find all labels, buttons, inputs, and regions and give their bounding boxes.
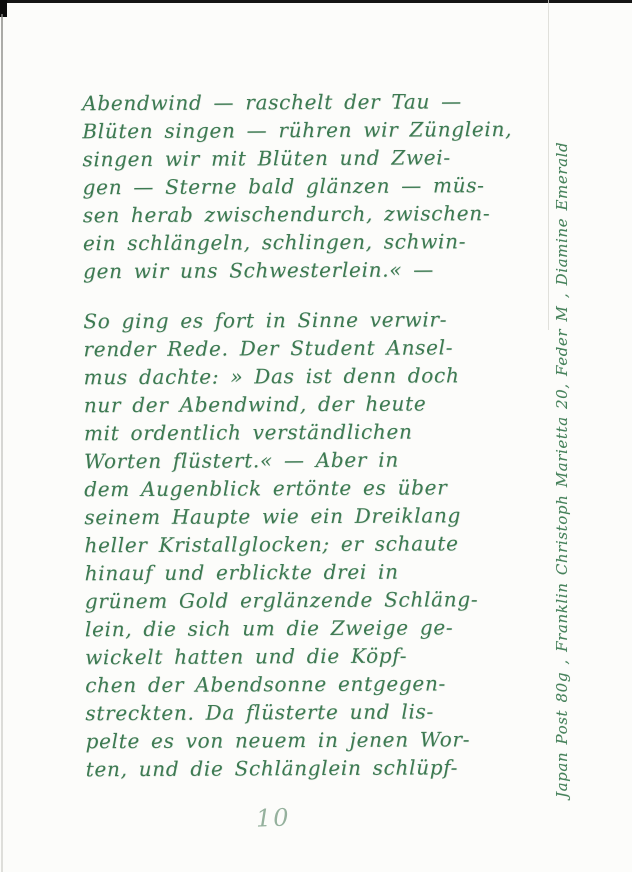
handwritten-line: render Rede. Der Student Ansel- xyxy=(83,333,558,363)
handwritten-line: nur der Abendwind, der heute xyxy=(84,389,559,419)
handwritten-line: pelte es von neuem in jenen Wor- xyxy=(85,725,560,755)
handwritten-line: Abendwind — raschelt der Tau — xyxy=(82,87,557,117)
handwritten-line: ein schlängeln, schlingen, schwin- xyxy=(83,227,558,257)
handwritten-line: singen wir mit Blüten und Zwei- xyxy=(82,143,557,173)
page-number: 10 xyxy=(256,803,292,832)
handwritten-text-body: Abendwind — raschelt der Tau — Blüten si… xyxy=(82,87,561,805)
handwritten-line: gen — Sterne bald glänzen — müs- xyxy=(83,171,558,201)
scanned-manuscript-page: Abendwind — raschelt der Tau — Blüten si… xyxy=(0,0,632,872)
handwritten-line: chen der Abendsonne entgegen- xyxy=(85,669,560,699)
handwritten-paragraph: Abendwind — raschelt der Tau — Blüten si… xyxy=(82,87,558,285)
handwritten-line: seinem Haupte wie ein Dreiklang xyxy=(84,501,559,531)
handwritten-line: wickelt hatten und die Köpf- xyxy=(85,641,560,671)
handwritten-line: lein, die sich um die Zweige ge- xyxy=(85,613,560,643)
handwritten-line: grünem Gold erglänzende Schläng- xyxy=(85,585,560,615)
handwritten-line: streckten. Da flüsterte und lis- xyxy=(85,697,560,727)
handwritten-line: So ging es fort in Sinne verwir- xyxy=(83,305,558,335)
handwritten-line: dem Augenblick ertönte es über xyxy=(84,473,559,503)
handwritten-line: gen wir uns Schwesterlein.« — xyxy=(83,255,558,285)
handwritten-line: sen herab zwischendurch, zwischen- xyxy=(83,199,558,229)
handwritten-line: Blüten singen — rühren wir Zünglein, xyxy=(82,115,557,145)
handwritten-line: ten, und die Schlänglein schlüpf- xyxy=(86,753,561,783)
handwritten-line: Worten flüstert.« — Aber in xyxy=(84,445,559,475)
handwritten-line: mit ordentlich verständlichen xyxy=(84,417,559,447)
scan-edge-artifact-left xyxy=(1,14,3,872)
handwritten-line: heller Kristallglocken; er schaute xyxy=(84,529,559,559)
scan-edge-artifact-top xyxy=(0,0,632,3)
handwritten-line: mus dachte: » Das ist denn doch xyxy=(84,361,559,391)
handwritten-line: hinauf und erblickte drei in xyxy=(85,557,560,587)
pen-ink-margin-note: Japan Post 80g , Franklin Christoph Mari… xyxy=(553,6,571,798)
handwritten-paragraph: So ging es fort in Sinne verwir- render … xyxy=(83,305,560,783)
